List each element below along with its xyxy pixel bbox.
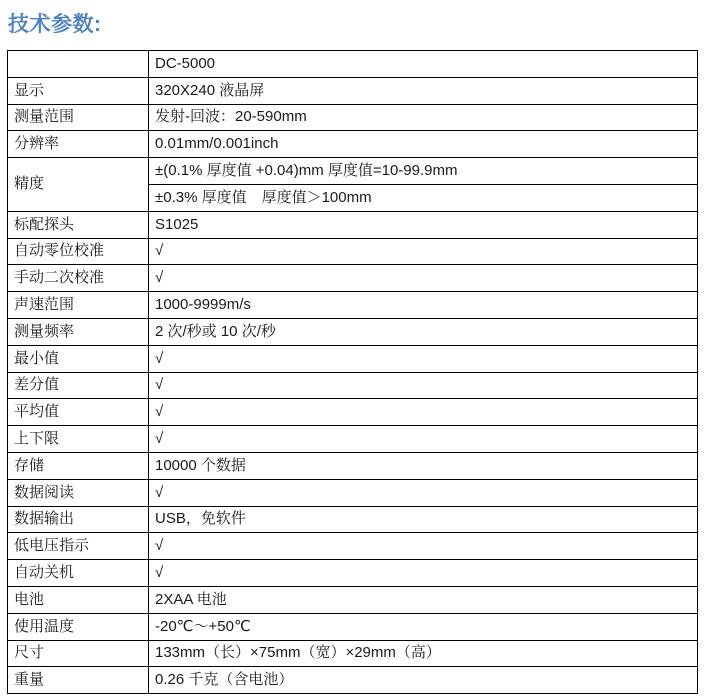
param-label-cell: 使用温度 (8, 613, 149, 640)
param-value-cell: 1000-9999m/s (149, 292, 698, 319)
param-label-cell: 测量频率 (8, 318, 149, 345)
table-row: 数据阅读√ (8, 479, 698, 506)
param-value-cell: 10000 个数据 (149, 452, 698, 479)
table-row: 最小值√ (8, 345, 698, 372)
spec-table-body: DC-5000显示320X240 液晶屏测量范围发射-回波：20-590mm分辨… (8, 51, 698, 694)
table-row: 标配探头S1025 (8, 211, 698, 238)
param-label-cell: 数据输出 (8, 506, 149, 533)
param-value-cell: 133mm（长）×75mm（宽）×29mm（高） (149, 640, 698, 667)
table-row: 测量频率2 次/秒或 10 次/秒 (8, 318, 698, 345)
table-row: 显示320X240 液晶屏 (8, 77, 698, 104)
param-label-cell: 尺寸 (8, 640, 149, 667)
param-value-cell: ±0.3% 厚度值 厚度值＞100mm (149, 184, 698, 211)
param-value-cell: USB，免软件 (149, 506, 698, 533)
param-value-cell: 2XAA 电池 (149, 586, 698, 613)
param-label-cell: 自动关机 (8, 560, 149, 587)
param-value-cell: √ (149, 560, 698, 587)
param-value-cell: 2 次/秒或 10 次/秒 (149, 318, 698, 345)
table-row: 数据输出USB，免软件 (8, 506, 698, 533)
param-value-cell: S1025 (149, 211, 698, 238)
param-label-cell (8, 51, 149, 78)
param-value-cell: -20℃～+50℃ (149, 613, 698, 640)
table-row: 测量范围发射-回波：20-590mm (8, 104, 698, 131)
table-row: 自动零位校准√ (8, 238, 698, 265)
param-value-cell: √ (149, 265, 698, 292)
document-page: 技术参数: DC-5000显示320X240 液晶屏测量范围发射-回波：20-5… (0, 0, 704, 694)
table-row: 精度±(0.1% 厚度值 +0.04)mm 厚度值=10-99.9mm (8, 158, 698, 185)
param-value-cell: 0.26 千克（含电池） (149, 667, 698, 694)
spec-table: DC-5000显示320X240 液晶屏测量范围发射-回波：20-590mm分辨… (7, 50, 698, 694)
param-value-cell: √ (149, 399, 698, 426)
table-row: 平均值√ (8, 399, 698, 426)
table-row: 电池2XAA 电池 (8, 586, 698, 613)
param-value-cell: √ (149, 426, 698, 453)
param-label-cell: 自动零位校准 (8, 238, 149, 265)
table-row: 上下限√ (8, 426, 698, 453)
param-value-cell: 320X240 液晶屏 (149, 77, 698, 104)
param-value-cell: 0.01mm/0.001inch (149, 131, 698, 158)
param-label-cell: 手动二次校准 (8, 265, 149, 292)
table-row: 尺寸133mm（长）×75mm（宽）×29mm（高） (8, 640, 698, 667)
param-label-cell: 分辨率 (8, 131, 149, 158)
param-label-cell: 低电压指示 (8, 533, 149, 560)
param-value-cell: 发射-回波：20-590mm (149, 104, 698, 131)
table-header-row: DC-5000 (8, 51, 698, 78)
param-label-cell: 重量 (8, 667, 149, 694)
table-row: 手动二次校准√ (8, 265, 698, 292)
param-label-cell: 精度 (8, 158, 149, 212)
param-label-cell: 电池 (8, 586, 149, 613)
table-row: 存储10000 个数据 (8, 452, 698, 479)
param-value-cell: √ (149, 345, 698, 372)
param-label-cell: 平均值 (8, 399, 149, 426)
param-value-cell: √ (149, 372, 698, 399)
param-value-cell: √ (149, 479, 698, 506)
param-label-cell: 最小值 (8, 345, 149, 372)
param-value-cell: ±(0.1% 厚度值 +0.04)mm 厚度值=10-99.9mm (149, 158, 698, 185)
param-label-cell: 标配探头 (8, 211, 149, 238)
table-row: 分辨率0.01mm/0.001inch (8, 131, 698, 158)
param-label-cell: 存储 (8, 452, 149, 479)
table-row: 低电压指示√ (8, 533, 698, 560)
param-value-cell: DC-5000 (149, 51, 698, 78)
table-row: 自动关机√ (8, 560, 698, 587)
param-label-cell: 声速范围 (8, 292, 149, 319)
table-row: 差分值√ (8, 372, 698, 399)
param-label-cell: 数据阅读 (8, 479, 149, 506)
table-row: 使用温度-20℃～+50℃ (8, 613, 698, 640)
table-row: 声速范围1000-9999m/s (8, 292, 698, 319)
param-label-cell: 显示 (8, 77, 149, 104)
table-row: 重量0.26 千克（含电池） (8, 667, 698, 694)
param-label-cell: 上下限 (8, 426, 149, 453)
page-title: 技术参数: (8, 8, 697, 38)
param-label-cell: 差分值 (8, 372, 149, 399)
param-value-cell: √ (149, 238, 698, 265)
param-value-cell: √ (149, 533, 698, 560)
param-label-cell: 测量范围 (8, 104, 149, 131)
